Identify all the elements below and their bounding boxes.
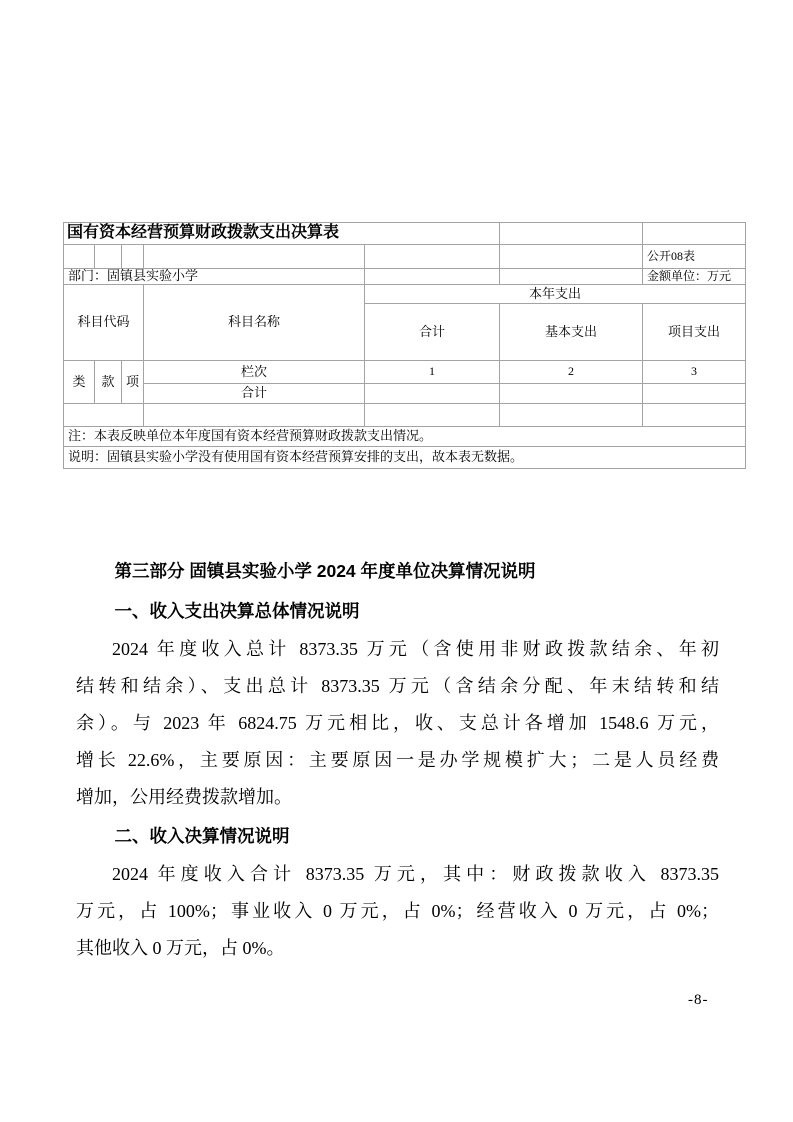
table-row-note: 注：本表反映单位本年度国有资本经营预算财政拨款支出情况。: [64, 427, 746, 447]
empty-cell: [365, 269, 500, 285]
col-header-project-expenditure: 项目支出: [643, 304, 746, 361]
total-row-project-value: [643, 384, 746, 404]
empty-cell: [365, 245, 500, 269]
column-number-2: 2: [500, 361, 643, 384]
empty-cell: [64, 245, 95, 269]
total-row-total-value: [365, 384, 500, 404]
narrative-content: 第三部分 固镇县实验小学 2024 年度单位决算情况说明 一、收入支出决算总体情…: [76, 551, 719, 967]
empty-cell: [500, 245, 643, 269]
table-row-column-index: 类 款 项 栏次 1 2 3: [64, 361, 746, 384]
para1-line: 余）。与 2023 年 6824.75 万元相比，收、支总计各增加 1548.6…: [76, 705, 719, 742]
col-header-total: 合计: [365, 304, 500, 361]
document-page: 国有资本经营预算财政拨款支出决算表 公开08表 部门：固镇县实验小学 金额单位：…: [0, 0, 793, 1122]
para1-line: 增加，公用经费拨款增加。: [76, 779, 719, 816]
empty-cell: [500, 269, 643, 285]
col-header-basic-expenditure: 基本支出: [500, 304, 643, 361]
para1-line: 结转和结余）、支出总计 8373.35 万元（含结余分配、年末结转和结: [76, 668, 719, 705]
empty-cell: [365, 404, 500, 427]
column-number-1: 1: [365, 361, 500, 384]
column-number-3: 3: [643, 361, 746, 384]
total-row-label: 合计: [144, 384, 365, 404]
table-header-row-top: 科目代码 科目名称 本年支出: [64, 285, 746, 304]
table-title: 国有资本经营预算财政拨款支出决算表: [64, 223, 500, 245]
para2-line: 2024 年度收入合计 8373.35 万元，其中：财政拨款收入 8373.35: [76, 856, 719, 893]
empty-cell: [144, 245, 365, 269]
empty-cell: [643, 223, 746, 245]
part-heading: 第三部分 固镇县实验小学 2024 年度单位决算情况说明: [76, 551, 719, 591]
empty-cell: [144, 404, 365, 427]
amount-unit-label: 金额单位：万元: [643, 269, 746, 285]
empty-cell: [95, 245, 122, 269]
table-row-title: 国有资本经营预算财政拨款支出决算表: [64, 223, 746, 245]
table-row-department: 部门：固镇县实验小学 金额单位：万元: [64, 269, 746, 285]
para2-line: 万元，占 100%；事业收入 0 万元，占 0%；经营收入 0 万元，占 0%；: [76, 893, 719, 930]
subheader-class: 类: [64, 361, 95, 404]
form-code-label: 公开08表: [643, 245, 746, 269]
para1-line: 2024 年度收入总计 8373.35 万元（含使用非财政拨款结余、年初: [76, 631, 719, 668]
total-row-basic-value: [500, 384, 643, 404]
table-row-remark: 说明：固镇县实验小学没有使用国有资本经营预算安排的支出，故本表无数据。: [64, 447, 746, 469]
col-header-current-year-expenditure: 本年支出: [365, 285, 746, 304]
page-number: -8-: [688, 992, 709, 1009]
col-header-subject-code: 科目代码: [64, 285, 144, 361]
table-note: 注：本表反映单位本年度国有资本经营预算财政拨款支出情况。: [64, 427, 746, 447]
para2-line: 其他收入 0 万元，占 0%。: [76, 930, 719, 967]
section1-heading: 一、收入支出决算总体情况说明: [76, 591, 719, 631]
subheader-item: 项: [122, 361, 144, 404]
subheader-section: 款: [95, 361, 122, 404]
section2-heading: 二、收入决算情况说明: [76, 816, 719, 856]
department-label: 部门：固镇县实验小学: [64, 269, 365, 285]
empty-cell: [643, 404, 746, 427]
table-row-empty: [64, 404, 746, 427]
table-row-form-code: 公开08表: [64, 245, 746, 269]
state-capital-expenditure-table: 国有资本经营预算财政拨款支出决算表 公开08表 部门：固镇县实验小学 金额单位：…: [63, 222, 746, 469]
table-remark: 说明：固镇县实验小学没有使用国有资本经营预算安排的支出，故本表无数据。: [64, 447, 746, 469]
table-row-total: 合计: [64, 384, 746, 404]
column-index-label: 栏次: [144, 361, 365, 384]
empty-cell: [122, 245, 144, 269]
empty-cell: [500, 223, 643, 245]
empty-cell: [500, 404, 643, 427]
empty-cell: [64, 404, 144, 427]
para1-line: 增长 22.6%，主要原因：主要原因一是办学规模扩大；二是人员经费: [76, 742, 719, 779]
col-header-subject-name: 科目名称: [144, 285, 365, 361]
